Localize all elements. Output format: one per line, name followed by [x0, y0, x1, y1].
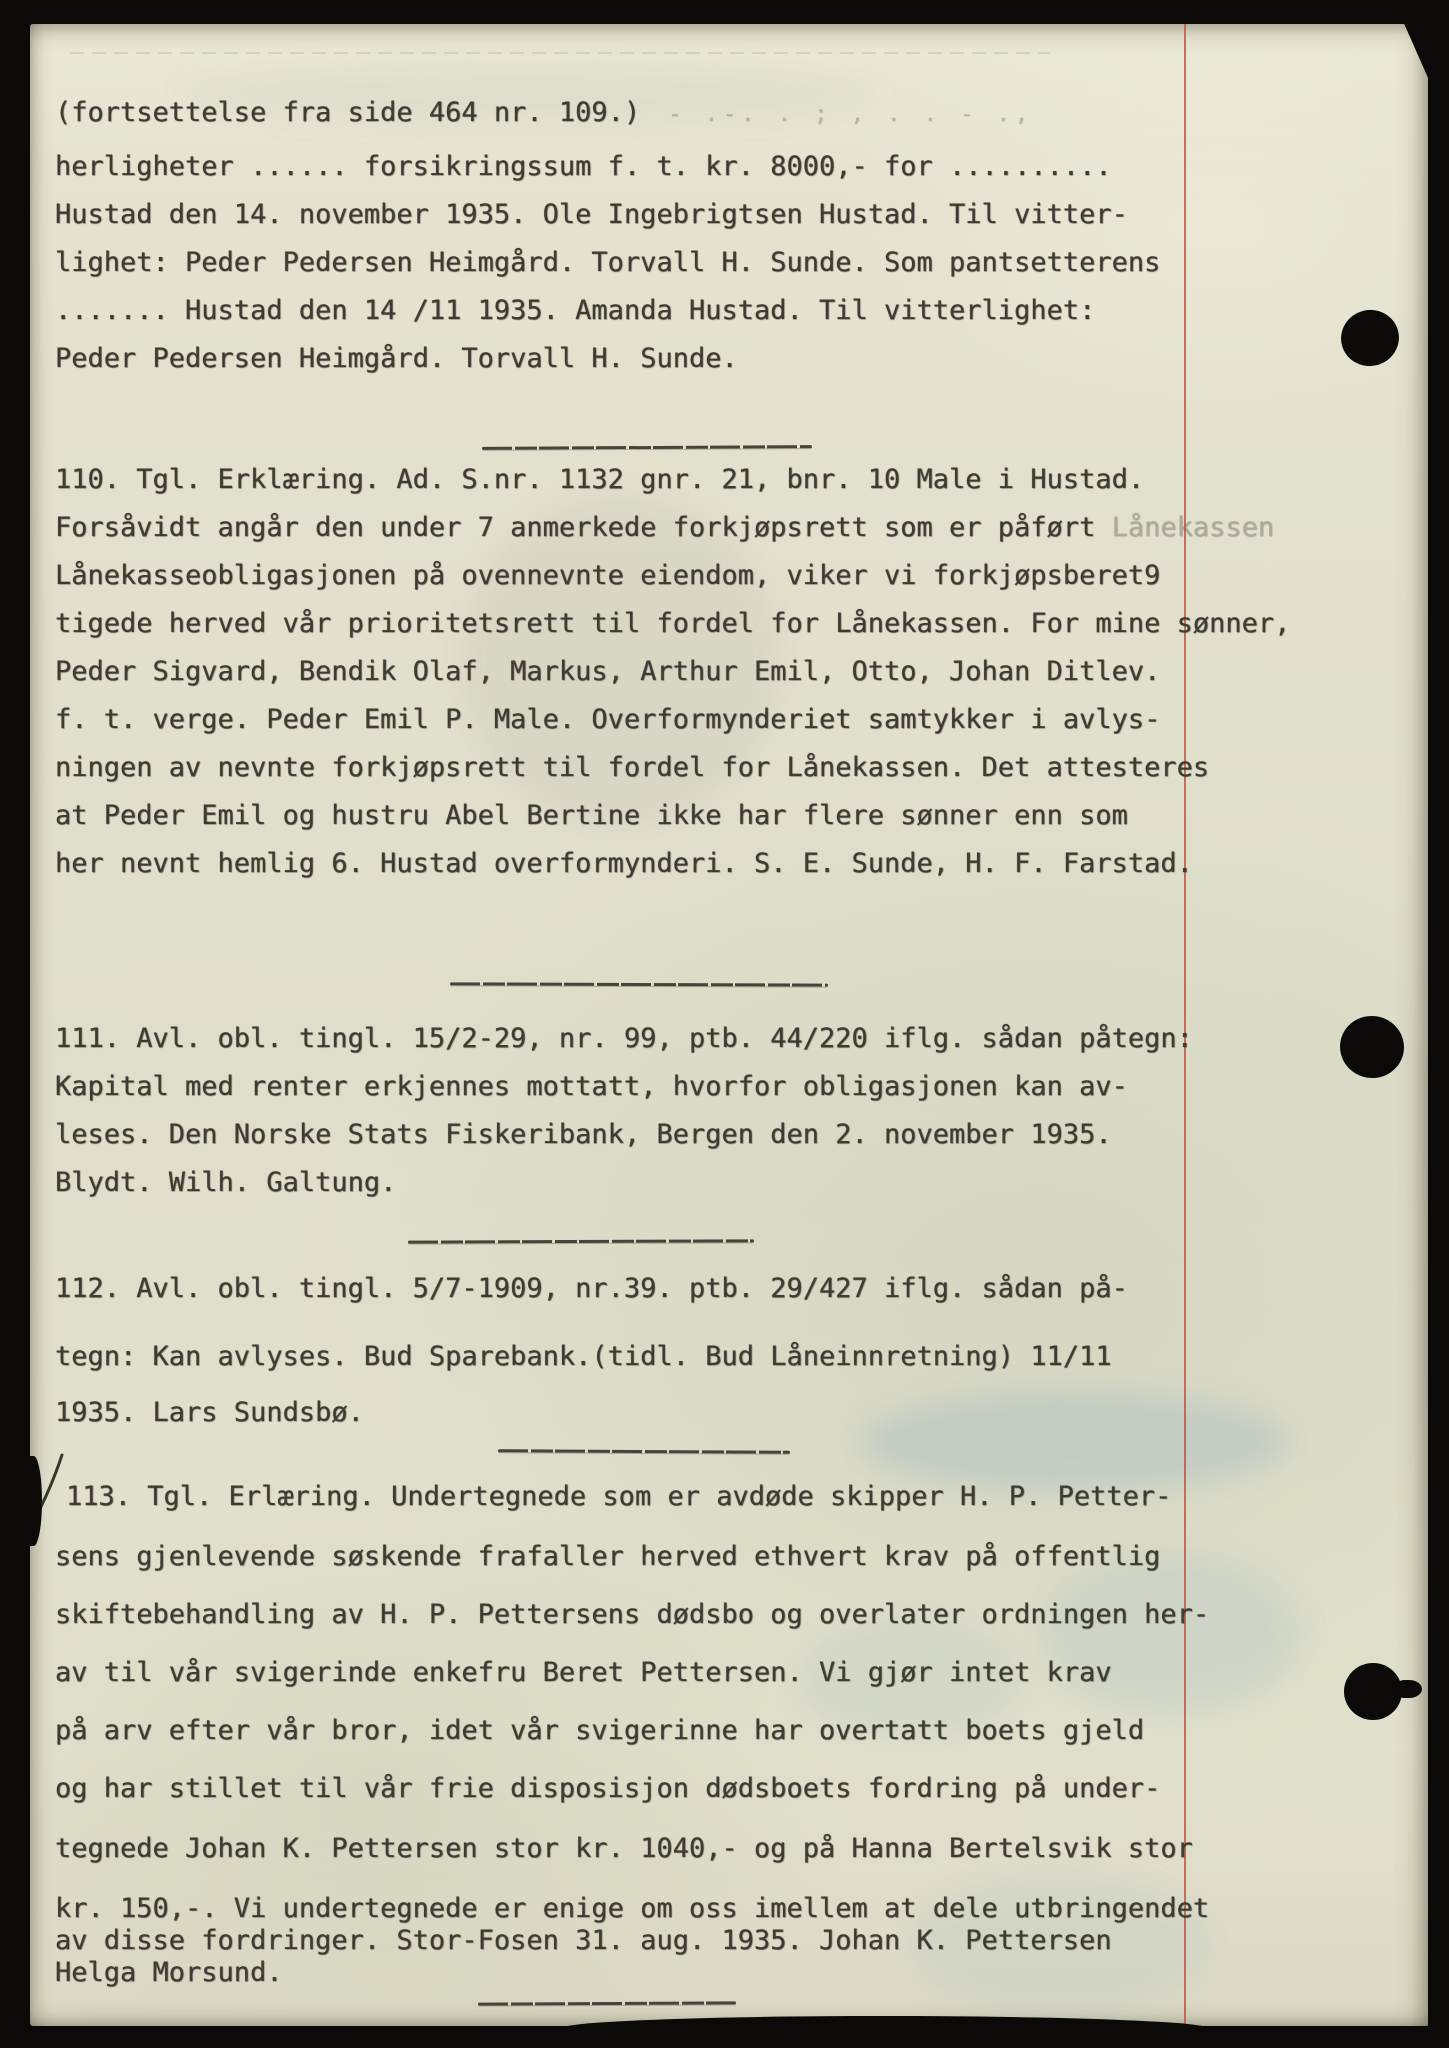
text-line-8: Lånekasseobligasjonen på ovennevnte eien… — [55, 559, 1160, 593]
faint-pencil-marks: - .-. . ; , . . - ., — [668, 102, 1033, 127]
text-line-10: Peder Sigvard, Bendik Olaf, Markus, Arth… — [55, 655, 1160, 689]
text-line-1: herligheter ...... forsikringssum f. t. … — [55, 150, 1112, 184]
text-line-26: på arv efter vår bror, idet vår svigerin… — [55, 1714, 1144, 1748]
text-line-15: 111. Avl. obl. tingl. 15/2-29, nr. 99, p… — [55, 1022, 1193, 1056]
scan-edge-top — [0, 0, 1449, 24]
text-line-12: ningen av nevnte forkjøpsrett til fordel… — [55, 751, 1209, 785]
punch-hole-3 — [1344, 1663, 1402, 1720]
punch-hole-3-tear — [1396, 1680, 1422, 1698]
text-line-25: av til vår svigerinde enkefru Beret Pett… — [55, 1656, 1112, 1690]
continuation-note: (fortsettelse fra side 464 nr. 109.) — [55, 97, 640, 128]
ink-bleed-stain — [1040, 1554, 1300, 1714]
text-line-5: Peder Pedersen Heimgård. Torvall H. Sund… — [55, 342, 738, 376]
text-line-30: av disse fordringer. Stor-Fosen 31. aug.… — [55, 1924, 1112, 1958]
text-line-24: skiftebehandling av H. P. Pettersens død… — [55, 1598, 1209, 1632]
text-line-18: Blydt. Wilh. Galtung. — [55, 1166, 396, 1200]
text-line-29: kr. 150,-. Vi undertegnede er enige om o… — [55, 1892, 1209, 1926]
text-line-6: 110. Tgl. Erklæring. Ad. S.nr. 1132 gnr.… — [55, 463, 1144, 497]
ghost-text: Lånekassen — [1112, 512, 1275, 543]
text-line-0: (fortsettelse fra side 464 nr. 109.)- .-… — [55, 96, 1033, 132]
scanned-page: (fortsettelse fra side 464 nr. 109.)- .-… — [0, 0, 1449, 2048]
text-line-14: her nevnt hemlig 6. Hustad overformynder… — [55, 847, 1193, 881]
text-line-21: 1935. Lars Sundsbø. — [55, 1396, 364, 1430]
text-line-16: Kapital med renter erkjennes mottatt, hv… — [55, 1070, 1128, 1104]
ink-bleed-stain — [860, 1392, 1290, 1492]
faint-dotted-rule — [70, 52, 1050, 54]
scan-edge-right — [1428, 0, 1449, 2048]
text-line-11: f. t. verge. Peder Emil P. Male. Overfor… — [55, 703, 1160, 737]
text-line-17: leses. Den Norske Stats Fiskeribank, Ber… — [55, 1118, 1112, 1152]
text-line-31: Helga Morsund. — [55, 1956, 283, 1990]
text-line-22: 113. Tgl. Erlæring. Undertegnede som er … — [66, 1480, 1171, 1514]
text-line-28: tegnede Johan K. Pettersen stor kr. 1040… — [55, 1832, 1193, 1866]
text-line-27: og har stillet til vår frie disposisjon … — [55, 1772, 1160, 1806]
text-line-2: Hustad den 14. november 1935. Ole Ingebr… — [55, 198, 1128, 232]
line-text: Forsåvidt angår den under 7 anmerkede fo… — [55, 512, 1112, 543]
text-line-7: Forsåvidt angår den under 7 anmerkede fo… — [55, 511, 1274, 545]
text-line-23: sens gjenlevende søskende frafaller herv… — [55, 1540, 1160, 1574]
text-line-3: lighet: Peder Pedersen Heimgård. Torvall… — [55, 246, 1160, 280]
text-line-19: 112. Avl. obl. tingl. 5/7-1909, nr.39. p… — [55, 1272, 1128, 1306]
text-line-4: ....... Hustad den 14 /11 1935. Amanda H… — [55, 294, 1095, 328]
text-line-20: tegn: Kan avlyses. Bud Sparebank.(tidl. … — [55, 1340, 1112, 1374]
text-line-13: at Peder Emil og hustru Abel Bertine ikk… — [55, 799, 1128, 833]
text-line-9: tigede herved vår prioritetsrett til for… — [55, 607, 1290, 641]
scan-edge-left — [0, 0, 30, 2048]
